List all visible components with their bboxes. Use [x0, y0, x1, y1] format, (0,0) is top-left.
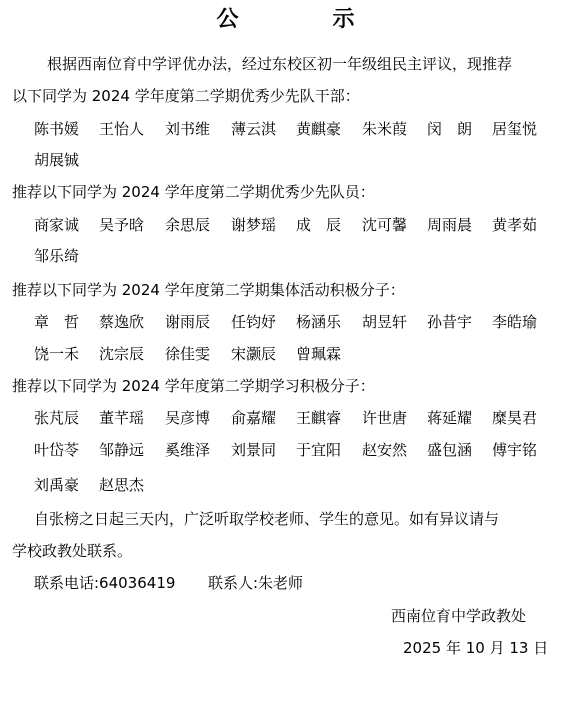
student-name: 奚维泽 [165, 440, 210, 460]
student-name: 邹静远 [99, 440, 144, 460]
student-name: 任钧妤 [231, 312, 276, 332]
student-name: 吴彦博 [165, 408, 210, 428]
section-heading-study: 推荐以下同学为 2024 学年度第二学期学习积极分子： [12, 376, 375, 396]
student-name: 胡展铖 [34, 150, 79, 170]
student-name: 傅宇铭 [492, 440, 537, 460]
names-row: 胡展铖 [0, 150, 571, 170]
signature-org: 西南位育中学政教处 [391, 606, 526, 626]
contact-person: 联系人:朱老师 [208, 573, 303, 593]
contact-phone: 联系电话:64036419 [34, 573, 175, 593]
student-name: 余思辰 [165, 215, 210, 235]
student-name: 胡昱轩 [362, 312, 407, 332]
student-name: 成 辰 [296, 215, 341, 235]
student-name: 吴予晗 [99, 215, 144, 235]
student-name: 谢雨辰 [165, 312, 210, 332]
student-name: 赵思杰 [99, 475, 144, 495]
student-name: 许世唐 [362, 408, 407, 428]
student-name: 杨涵乐 [296, 312, 341, 332]
student-name: 饶一禾 [34, 344, 79, 364]
student-name: 俞嘉耀 [231, 408, 276, 428]
page-title: 公 示 [0, 6, 571, 34]
student-name: 居玺悦 [492, 119, 537, 139]
student-name: 盛包涵 [427, 440, 472, 460]
student-name: 宋灏辰 [231, 344, 276, 364]
student-name: 商家诚 [34, 215, 79, 235]
student-name: 谢梦瑶 [231, 215, 276, 235]
closing-line-2: 学校政教处联系。 [12, 541, 132, 561]
student-name: 董芊瑶 [99, 408, 144, 428]
names-row: 陈书媛 王怡人 刘书维 薄云淇 黄麒豪 朱米葭 闵 朗 居玺悦 [0, 119, 571, 139]
student-name: 蔡逸欣 [99, 312, 144, 332]
student-name: 王麒睿 [296, 408, 341, 428]
names-row: 刘禹豪 赵思杰 [0, 475, 571, 495]
student-name: 薄云淇 [231, 119, 276, 139]
names-row: 章 哲 蔡逸欣 谢雨辰 任钧妤 杨涵乐 胡昱轩 孙昔宇 李皓瑜 [0, 312, 571, 332]
student-name: 邹乐绮 [34, 246, 79, 266]
student-name: 王怡人 [99, 119, 144, 139]
notice-document: 公 示 根据西南位育中学评优办法，经过东校区初一年级组民主评议，现推荐 以下同学… [0, 0, 571, 717]
student-name: 张芃辰 [34, 408, 79, 428]
names-row: 邹乐绮 [0, 246, 571, 266]
student-name: 章 哲 [34, 312, 79, 332]
names-row: 张芃辰 董芊瑶 吴彦博 俞嘉耀 王麒睿 许世唐 蒋延耀 糜昊君 [0, 408, 571, 428]
signature-date: 2025 年 10 月 13 日 [403, 638, 548, 658]
student-name: 糜昊君 [492, 408, 537, 428]
student-name: 孙昔宇 [427, 312, 472, 332]
student-name: 黄麒豪 [296, 119, 341, 139]
student-name: 黄孝茹 [492, 215, 537, 235]
student-name: 曾珮霖 [296, 344, 341, 364]
student-name: 沈可馨 [362, 215, 407, 235]
student-name: 李皓瑜 [492, 312, 537, 332]
intro-line-1: 根据西南位育中学评优办法，经过东校区初一年级组民主评议，现推荐 [47, 54, 512, 74]
names-row: 饶一禾 沈宗辰 徐佳雯 宋灏辰 曾珮霖 [0, 344, 571, 364]
student-name: 刘禹豪 [34, 475, 79, 495]
student-name: 周雨晨 [427, 215, 472, 235]
student-name: 闵 朗 [427, 119, 472, 139]
section-heading-activity: 推荐以下同学为 2024 学年度第二学期集体活动积极分子： [12, 280, 405, 300]
student-name: 刘书维 [165, 119, 210, 139]
closing-line-1: 自张榜之日起三天内，广泛听取学校老师、学生的意见。如有异议请与 [34, 509, 499, 529]
student-name: 蒋延耀 [427, 408, 472, 428]
names-row: 叶岱苓 邹静远 奚维泽 刘景同 于宜阳 赵安然 盛包涵 傅宇铭 [0, 440, 571, 460]
student-name: 朱米葭 [362, 119, 407, 139]
student-name: 叶岱苓 [34, 440, 79, 460]
section-heading-members: 推荐以下同学为 2024 学年度第二学期优秀少先队员： [12, 182, 375, 202]
student-name: 徐佳雯 [165, 344, 210, 364]
student-name: 沈宗辰 [99, 344, 144, 364]
student-name: 陈书媛 [34, 119, 79, 139]
names-row: 商家诚 吴予晗 余思辰 谢梦瑶 成 辰 沈可馨 周雨晨 黄孝茹 [0, 215, 571, 235]
student-name: 刘景同 [231, 440, 276, 460]
student-name: 于宜阳 [296, 440, 341, 460]
section-heading-cadres: 以下同学为 2024 学年度第二学期优秀少先队干部： [12, 86, 360, 106]
student-name: 赵安然 [362, 440, 407, 460]
